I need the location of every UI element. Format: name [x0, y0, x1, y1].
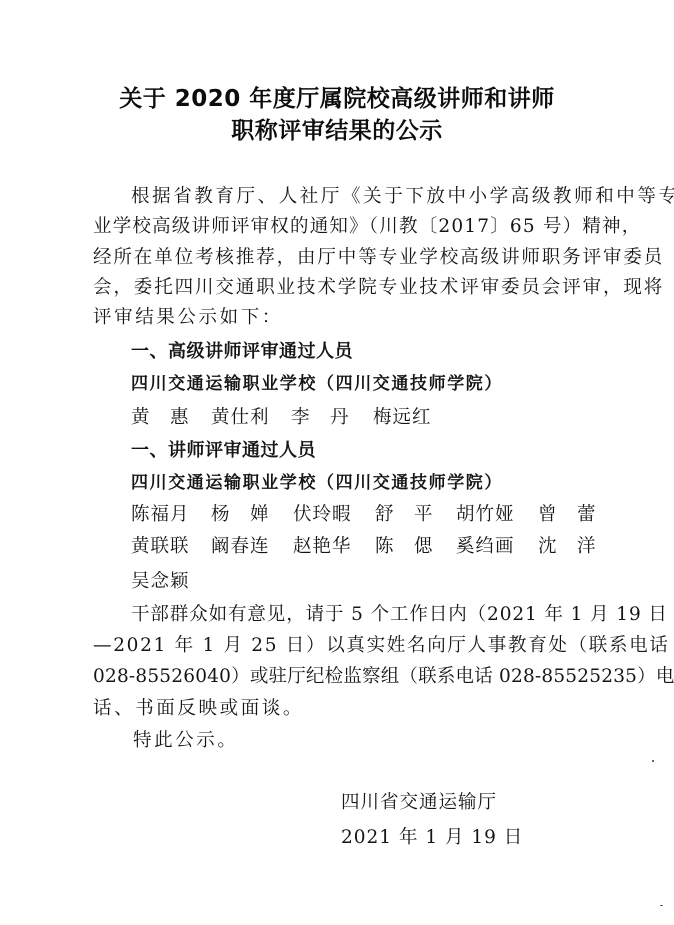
person-name: 阚春连: [211, 532, 270, 562]
scan-speck: [652, 760, 654, 762]
document-title-line-1: 关于 2020 年度厅属院校高级讲师和讲师: [0, 84, 674, 114]
document-page: 关于 2020 年度厅属院校高级讲师和讲师 职称评审结果的公示 根据省教育厅、人…: [0, 0, 674, 925]
person-name: 舒 平: [375, 500, 434, 530]
person-name: 沈 洋: [538, 532, 597, 562]
person-name: 黄仕利: [211, 403, 270, 433]
issue-date: 2021 年 1 月 19 日: [341, 823, 523, 853]
person-name: 胡竹娅: [456, 500, 515, 530]
person-name: 陈 偲: [375, 532, 434, 562]
notice-line-4: 话、书面反映或面谈。: [93, 694, 304, 724]
section-organization: 四川交通运输职业学校（四川交通技师学院）: [131, 369, 503, 399]
section-heading: 一、讲师评审通过人员: [131, 436, 316, 466]
person-name: 梅远红: [373, 403, 432, 433]
intro-line-4: 会，委托四川交通职业技术学院专业技术评审委员会评审，现将: [93, 273, 664, 303]
closing-text: 特此公示。: [133, 726, 239, 756]
issuer-name: 四川省交通运输厅: [341, 788, 497, 818]
person-name: 曾 蕾: [538, 500, 597, 530]
person-name: 李 丹: [291, 403, 350, 433]
intro-line-1: 根据省教育厅、人社厅《关于下放中小学高级教师和中等专: [131, 182, 674, 212]
notice-line-3: 028-85526040）或驻厅纪检监察组（联系电话 028-85525235）…: [93, 662, 674, 692]
notice-line-1: 干部群众如有意见，请于 5 个工作日内（2021 年 1 月 19 日: [131, 600, 668, 630]
intro-line-3: 经所在单位考核推荐，由厅中等专业学校高级讲师职务评审委员: [93, 243, 664, 273]
person-name: 陈福月: [131, 500, 190, 530]
person-name: 奚绉画: [456, 532, 515, 562]
document-title-line-2: 职称评审结果的公示: [0, 116, 674, 146]
section-organization: 四川交通运输职业学校（四川交通技师学院）: [131, 468, 503, 498]
person-name: 黄 惠: [131, 403, 190, 433]
notice-line-2: —2021 年 1 月 25 日）以真实姓名向厅人事教育处（联系电话: [93, 631, 670, 661]
intro-line-2: 业学校高级讲师评审权的通知》（川教〔2017〕65 号）精神，: [93, 212, 641, 242]
person-name: 黄联联: [131, 532, 190, 562]
person-name: 赵艳华: [293, 532, 352, 562]
person-name: 吴念颖: [131, 567, 190, 597]
section-heading: 一、高级讲师评审通过人员: [131, 337, 353, 367]
scan-speck: [660, 905, 663, 906]
intro-line-5: 评审结果公示如下：: [93, 303, 283, 333]
person-name: 伏玲暇: [293, 500, 352, 530]
person-name: 杨 婵: [211, 500, 270, 530]
